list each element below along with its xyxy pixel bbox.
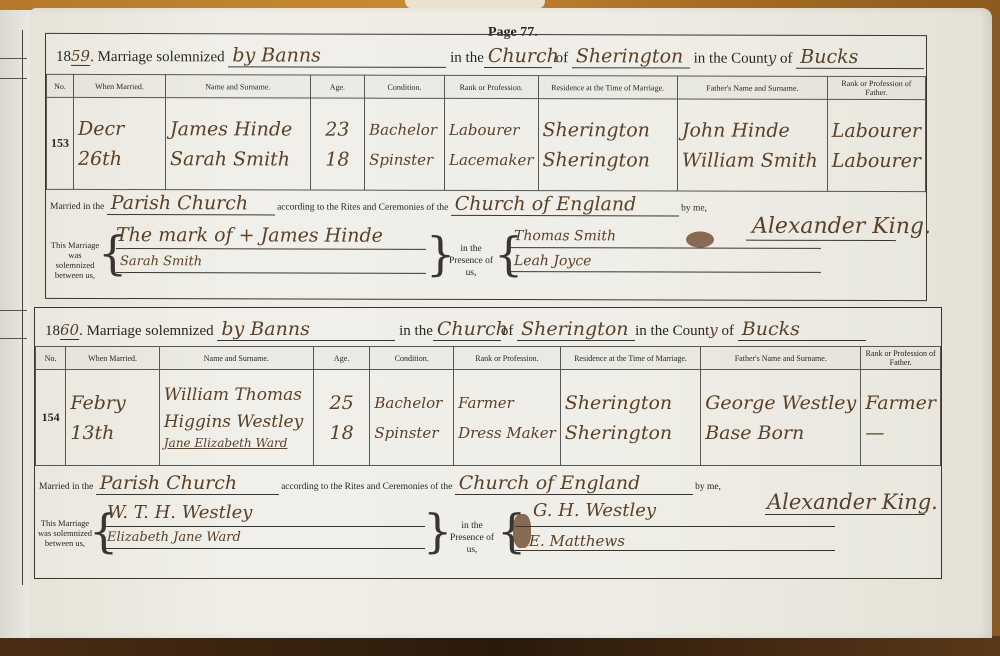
when-married-day: 13th — [70, 418, 155, 448]
col-name: Name and Surname. — [159, 347, 313, 370]
ages: 23 18 — [310, 98, 364, 190]
county-suffix: y — [768, 49, 776, 67]
groom-rank: Labourer — [449, 114, 534, 144]
ages: 25 18 — [313, 370, 370, 466]
col-condition: Condition. — [365, 75, 445, 98]
bride-rank: Lacemaker — [449, 144, 534, 174]
groom-father: John Hinde — [682, 115, 823, 145]
col-rank: Rank or Profession. — [445, 75, 539, 98]
groom-father-rank: Farmer — [865, 388, 936, 418]
groom-name: William Thomas — [164, 380, 309, 410]
groom-condition: Bachelor — [374, 388, 449, 418]
register-table: No. When Married. Name and Surname. Age.… — [46, 74, 926, 192]
solemnized-by: by Banns — [228, 44, 446, 68]
year-prefix: 18 — [45, 323, 60, 339]
party-signature-bride: Sarah Smith — [120, 254, 202, 269]
col-name: Name and Surname. — [166, 75, 311, 98]
bride-residence: Sherington — [565, 418, 696, 448]
solemnized-by: by Banns — [217, 318, 395, 341]
married-in-line: Married in the Parish Church according t… — [50, 192, 707, 217]
rites-of: Church of England — [455, 472, 693, 495]
solemnized-label: . Marriage solemnized — [90, 49, 225, 65]
table-row: 154 Febry 13th William Thomas Higgins We… — [36, 370, 941, 466]
bride-father-rank: — — [865, 418, 936, 448]
col-no: No. — [47, 74, 74, 97]
father-ranks: Labourer Labourer — [827, 99, 925, 191]
bride-age: 18 — [315, 144, 360, 174]
of-label: of — [722, 323, 735, 339]
by-me-label: by me, — [681, 204, 707, 214]
witness-line-2 — [511, 271, 821, 273]
bride-age: 18 — [318, 418, 366, 448]
married-in: Parish Church — [96, 472, 279, 495]
bride-father: William Smith — [682, 145, 823, 175]
party-signature-groom: The mark of + James Hinde — [116, 224, 383, 247]
of-label: of — [780, 51, 793, 67]
father-ranks: Farmer — — [861, 370, 941, 466]
witness-line-2 — [515, 550, 835, 551]
parish: Sherington — [517, 318, 635, 341]
bride-condition: Spinster — [369, 144, 440, 174]
witness-line-1 — [511, 247, 821, 249]
groom-father-rank: Labourer — [832, 115, 921, 145]
entry-number: 153 — [47, 97, 74, 189]
groom-age: 25 — [318, 388, 366, 418]
officiant-signature: Alexander King. — [767, 490, 938, 514]
officiant-signature: Alexander King. — [752, 214, 931, 239]
groom-residence: Sherington — [565, 388, 696, 418]
of-label: of — [556, 50, 569, 66]
officiant-line — [765, 514, 925, 515]
facing-page-edge — [0, 10, 34, 638]
table-row: 153 Decr 26th James Hinde Sarah Smith 23… — [47, 97, 926, 191]
by-me-label: by me, — [695, 482, 721, 492]
bride-condition: Spinster — [374, 418, 449, 448]
groom-name: James Hinde — [170, 114, 306, 144]
entry-header: 1860. Marriage solemnized by Banns in th… — [45, 318, 866, 341]
married-in-label: Married in the — [50, 202, 104, 212]
col-age: Age. — [313, 347, 370, 370]
county-label: in the Count — [635, 323, 709, 339]
when-married: Decr 26th — [74, 97, 166, 189]
conditions: Bachelor Spinster — [370, 370, 454, 466]
col-condition: Condition. — [370, 347, 454, 370]
presence-label: in the Presence of us, — [447, 520, 497, 556]
groom-condition: Bachelor — [369, 114, 440, 144]
when-married: Febry 13th — [66, 370, 160, 466]
witness-signature-1: G. H. Westley — [533, 500, 656, 521]
register-table: No. When Married. Name and Surname. Age.… — [35, 346, 941, 466]
col-no: No. — [36, 347, 66, 370]
bride-father-rank: Labourer — [832, 145, 921, 175]
conditions: Bachelor Spinster — [365, 98, 445, 190]
fathers: George Westley Base Born — [701, 370, 861, 466]
names: James Hinde Sarah Smith — [166, 98, 311, 190]
county: Bucks — [738, 318, 866, 341]
ink-blot — [686, 232, 714, 248]
year-suffix: 60 — [60, 321, 79, 340]
married-in-line: Married in the Parish Church according t… — [39, 472, 721, 495]
bride-name: Jane Elizabeth Ward — [164, 434, 309, 456]
residences: Sherington Sherington — [560, 370, 700, 466]
col-age: Age. — [310, 75, 364, 98]
ranks: Labourer Lacemaker — [445, 98, 539, 190]
col-father: Father's Name and Surname. — [701, 347, 861, 370]
parish: Sherington — [572, 45, 690, 68]
officiant-line — [746, 240, 896, 241]
witness-signature-2: Leah Joyce — [514, 253, 591, 269]
col-rank: Rank or Profession. — [454, 347, 561, 370]
groom-residence: Sherington — [543, 115, 673, 145]
in-the-label: in the — [450, 50, 484, 66]
witness-signature-2: E. Matthews — [529, 532, 625, 550]
when-married-month: Decr — [78, 113, 161, 143]
of-label: of — [501, 323, 514, 339]
county: Bucks — [796, 46, 924, 69]
groom-father: George Westley — [705, 388, 856, 418]
solemnized-between-label: This Marriage was solemnized between us, — [37, 518, 93, 548]
solemnized-between-label: This Marriage was solemnized between us, — [48, 240, 102, 280]
party-line-1 — [116, 248, 426, 250]
party-line-2 — [105, 548, 425, 549]
ranks: Farmer Dress Maker — [454, 370, 561, 466]
groom-surname: Higgins Westley — [164, 410, 309, 434]
entry-number: 154 — [36, 370, 66, 466]
according-to-label: according to the Rites and Ceremonies of… — [277, 202, 448, 212]
witness-line-1 — [515, 526, 835, 527]
marriage-entry-153: 1859. Marriage solemnized by Banns in th… — [45, 33, 927, 301]
col-residence: Residence at the Time of Marriage. — [538, 76, 677, 99]
county-suffix: y — [709, 321, 717, 339]
groom-rank: Farmer — [458, 388, 556, 418]
when-married-day: 26th — [78, 143, 161, 173]
bride-name: Sarah Smith — [170, 144, 306, 174]
entry-header: 1859. Marriage solemnized by Banns in th… — [56, 44, 924, 69]
bride-rank: Dress Maker — [458, 418, 556, 448]
col-when-married: When Married. — [74, 74, 166, 97]
married-in-label: Married in the — [39, 482, 93, 492]
table-header: No. When Married. Name and Surname. Age.… — [47, 74, 926, 99]
bride-father: Base Born — [705, 418, 856, 448]
col-father-rank: Rank or Profession of Father. — [861, 347, 941, 370]
marriage-entry-154: 1860. Marriage solemnized by Banns in th… — [34, 307, 942, 579]
groom-age: 23 — [315, 114, 360, 144]
party-line-1 — [105, 526, 425, 527]
year-suffix: 59 — [71, 47, 90, 66]
married-in: Parish Church — [107, 192, 275, 215]
county-label: in the Count — [694, 51, 768, 67]
rites-of: Church of England — [451, 193, 679, 217]
presence-label: in the Presence of us, — [446, 243, 496, 279]
col-father-rank: Rank or Profession of Father. — [827, 76, 925, 99]
when-married-month: Febry — [70, 388, 155, 418]
church-type: Church — [484, 45, 552, 68]
party-line-2 — [116, 272, 426, 274]
according-to-label: according to the Rites and Ceremonies of… — [281, 482, 452, 492]
col-when-married: When Married. — [66, 347, 160, 370]
table-header: No. When Married. Name and Surname. Age.… — [36, 347, 941, 370]
year-prefix: 18 — [56, 49, 71, 65]
witness-signature-1: Thomas Smith — [514, 228, 616, 244]
solemnized-label: . Marriage solemnized — [79, 323, 214, 339]
wooden-desk-bottom — [0, 636, 1000, 656]
party-signature-bride: Elizabeth Jane Ward — [107, 530, 241, 545]
party-signature-groom: W. T. H. Westley — [107, 502, 252, 523]
col-father: Father's Name and Surname. — [677, 76, 827, 99]
names: William Thomas Higgins Westley Jane Eliz… — [159, 370, 313, 466]
bride-residence: Sherington — [543, 145, 673, 175]
residences: Sherington Sherington — [538, 99, 677, 191]
fathers: John Hinde William Smith — [677, 99, 827, 191]
church-type: Church — [433, 318, 501, 341]
in-the-label: in the — [399, 323, 433, 339]
col-residence: Residence at the Time of Marriage. — [560, 347, 700, 370]
